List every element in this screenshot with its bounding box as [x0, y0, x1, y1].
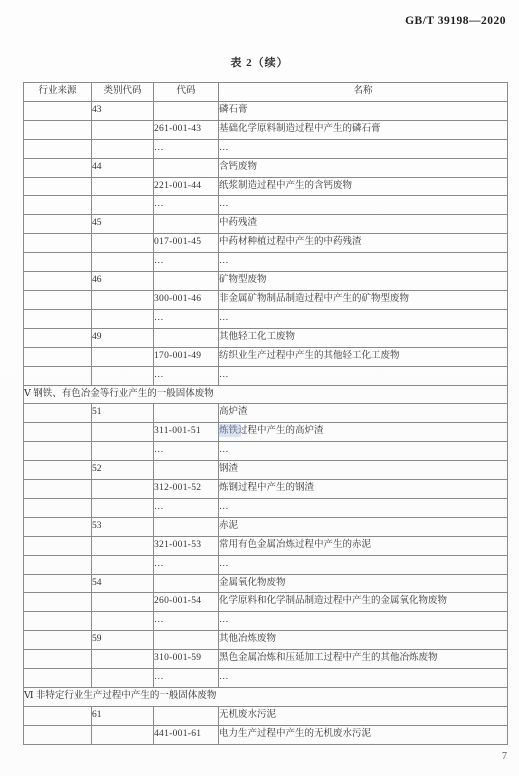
code-cell	[154, 328, 219, 347]
category-code-cell	[92, 669, 154, 688]
industry-source-cell	[24, 461, 92, 480]
code-cell: …	[154, 612, 219, 631]
name-cell: 纸浆制造过程中产生的含钙废物	[219, 177, 508, 196]
industry-source-cell	[24, 669, 92, 688]
code-cell: …	[154, 669, 219, 688]
category-code-cell: 51	[92, 404, 154, 423]
industry-source-cell	[24, 290, 92, 309]
code-cell	[154, 101, 219, 120]
table-body: 43磷石膏261-001-43基础化学原料制造过程中产生的磷石膏……44含钙废物…	[24, 101, 508, 744]
category-code-cell	[92, 498, 154, 517]
industry-source-cell	[24, 555, 92, 574]
code-cell: …	[154, 253, 219, 272]
category-code-cell: 52	[92, 461, 154, 480]
category-code-cell	[92, 442, 154, 461]
name-cell: 电力生产过程中产生的无机废水污泥	[219, 725, 508, 744]
table-row: 170-001-49纺织业生产过程中产生的其他轻工化工废物	[24, 347, 508, 366]
category-code-cell	[92, 253, 154, 272]
industry-source-cell	[24, 309, 92, 328]
category-code-cell	[92, 612, 154, 631]
code-cell: 017-001-45	[154, 234, 219, 253]
name-cell: …	[219, 309, 508, 328]
category-code-cell	[92, 347, 154, 366]
name-cell: …	[219, 366, 508, 385]
category-code-cell	[92, 177, 154, 196]
industry-source-cell	[24, 347, 92, 366]
table-row: 441-001-61电力生产过程中产生的无机废水污泥	[24, 725, 508, 744]
code-cell: …	[154, 309, 219, 328]
code-cell: 311-001-51	[154, 423, 219, 442]
table-row: 300-001-46非金属矿物制品制造过程中产生的矿物型废物	[24, 290, 508, 309]
section-row: Ⅵ 非特定行业生产过程中产生的一般固体废物	[24, 688, 508, 707]
section-row: Ⅴ 钢铁、有色冶金等行业产生的一般固体废物	[24, 385, 508, 404]
category-code-cell	[92, 366, 154, 385]
table-row: ……	[24, 253, 508, 272]
code-cell: 310-001-59	[154, 650, 219, 669]
name-cell: …	[219, 253, 508, 272]
document-page: GB/T 39198—2020 表 2（续） 行业来源 类别代码 代码 名称 4…	[0, 0, 519, 776]
table-row: 310-001-59黑色金属冶炼和压延加工过程中产生的其他冶炼废物	[24, 650, 508, 669]
table-row: 49其他轻工化工废物	[24, 328, 508, 347]
scan-artifact-smudge	[218, 424, 241, 437]
table-row: 261-001-43基础化学原料制造过程中产生的磷石膏	[24, 120, 508, 139]
industry-source-cell	[24, 253, 92, 272]
industry-source-cell	[24, 215, 92, 234]
table-row: ……	[24, 555, 508, 574]
table-row: 321-001-53常用有色金属冶炼过程中产生的赤泥	[24, 536, 508, 555]
industry-source-cell	[24, 650, 92, 669]
name-cell: …	[219, 498, 508, 517]
table-row: 260-001-54化学原料和化学制品制造过程中产生的金属氧化物废物	[24, 593, 508, 612]
name-cell: 黑色金属冶炼和压延加工过程中产生的其他冶炼废物	[219, 650, 508, 669]
category-code-cell	[92, 650, 154, 669]
name-cell: …	[219, 139, 508, 158]
name-cell: 无机废水污泥	[219, 706, 508, 725]
table-row: ……	[24, 612, 508, 631]
category-code-cell: 61	[92, 706, 154, 725]
name-cell: 高炉渣	[219, 404, 508, 423]
industry-source-cell	[24, 517, 92, 536]
name-cell: 矿物型废物	[219, 272, 508, 291]
industry-source-cell	[24, 101, 92, 120]
table-row: 221-001-44纸浆制造过程中产生的含钙废物	[24, 177, 508, 196]
category-code-cell: 44	[92, 158, 154, 177]
name-cell: 炼钢过程中产生的钢渣	[219, 480, 508, 499]
table-row: 51高炉渣	[24, 404, 508, 423]
name-cell: 含钙废物	[219, 158, 508, 177]
industry-source-cell	[24, 196, 92, 215]
code-cell: 261-001-43	[154, 120, 219, 139]
header-code: 代码	[154, 83, 219, 102]
name-cell: 赤泥	[219, 517, 508, 536]
name-cell: 中药材种植过程中产生的中药残渣	[219, 234, 508, 253]
table-row: 59其他冶炼废物	[24, 631, 508, 650]
table-row: ……	[24, 366, 508, 385]
name-cell: 常用有色金属冶炼过程中产生的赤泥	[219, 536, 508, 555]
category-code-cell	[92, 725, 154, 744]
name-cell: 基础化学原料制造过程中产生的磷石膏	[219, 120, 508, 139]
industry-source-cell	[24, 177, 92, 196]
category-code-cell	[92, 196, 154, 215]
name-cell: …	[219, 669, 508, 688]
code-cell	[154, 631, 219, 650]
code-cell: …	[154, 139, 219, 158]
name-cell: 炼铁过程中产生的高炉渣	[219, 423, 508, 442]
header-name: 名称	[219, 83, 508, 102]
section-label: Ⅵ 非特定行业生产过程中产生的一般固体废物	[24, 688, 508, 707]
category-code-cell: 59	[92, 631, 154, 650]
category-code-cell: 46	[92, 272, 154, 291]
category-code-cell	[92, 536, 154, 555]
industry-source-cell	[24, 158, 92, 177]
name-cell: 钢渣	[219, 461, 508, 480]
category-code-cell: 49	[92, 328, 154, 347]
code-cell: 312-001-52	[154, 480, 219, 499]
waste-code-table: 行业来源 类别代码 代码 名称 43磷石膏261-001-43基础化学原料制造过…	[23, 82, 508, 745]
table-row: ……	[24, 196, 508, 215]
table-header: 行业来源 类别代码 代码 名称	[24, 83, 508, 102]
code-cell: 221-001-44	[154, 177, 219, 196]
category-code-cell	[92, 423, 154, 442]
code-cell	[154, 706, 219, 725]
industry-source-cell	[24, 272, 92, 291]
industry-source-cell	[24, 706, 92, 725]
code-cell: …	[154, 555, 219, 574]
industry-source-cell	[24, 442, 92, 461]
header-row: 行业来源 类别代码 代码 名称	[24, 83, 508, 102]
category-code-cell: 43	[92, 101, 154, 120]
industry-source-cell	[24, 328, 92, 347]
industry-source-cell	[24, 120, 92, 139]
industry-source-cell	[24, 536, 92, 555]
industry-source-cell	[24, 404, 92, 423]
industry-source-cell	[24, 498, 92, 517]
category-code-cell	[92, 290, 154, 309]
code-cell: 321-001-53	[154, 536, 219, 555]
header-category-code: 类别代码	[92, 83, 154, 102]
code-cell	[154, 574, 219, 593]
table-row: ……	[24, 669, 508, 688]
category-code-cell: 54	[92, 574, 154, 593]
code-cell: …	[154, 498, 219, 517]
name-cell: 纺织业生产过程中产生的其他轻工化工废物	[219, 347, 508, 366]
category-code-cell	[92, 480, 154, 499]
industry-source-cell	[24, 423, 92, 442]
table-row: 54金属氧化物废物	[24, 574, 508, 593]
name-cell: …	[219, 442, 508, 461]
industry-source-cell	[24, 593, 92, 612]
category-code-cell: 53	[92, 517, 154, 536]
code-cell: …	[154, 366, 219, 385]
name-cell: 其他轻工化工废物	[219, 328, 508, 347]
name-cell: 其他冶炼废物	[219, 631, 508, 650]
code-cell: 170-001-49	[154, 347, 219, 366]
table-row: ……	[24, 442, 508, 461]
table-row: 45中药残渣	[24, 215, 508, 234]
code-cell	[154, 461, 219, 480]
table-row: ……	[24, 139, 508, 158]
industry-source-cell	[24, 139, 92, 158]
name-cell: 化学原料和化学制品制造过程中产生的金属氧化物废物	[219, 593, 508, 612]
table-row: ……	[24, 498, 508, 517]
category-code-cell	[92, 234, 154, 253]
table-row: 61无机废水污泥	[24, 706, 508, 725]
table-title: 表 2（续）	[0, 54, 519, 70]
category-code-cell	[92, 309, 154, 328]
code-cell: 260-001-54	[154, 593, 219, 612]
name-cell: 非金属矿物制品制造过程中产生的矿物型废物	[219, 290, 508, 309]
code-cell: 300-001-46	[154, 290, 219, 309]
code-cell	[154, 517, 219, 536]
industry-source-cell	[24, 366, 92, 385]
table-row: 017-001-45中药材种植过程中产生的中药残渣	[24, 234, 508, 253]
code-cell: 441-001-61	[154, 725, 219, 744]
name-cell: 金属氧化物废物	[219, 574, 508, 593]
category-code-cell	[92, 139, 154, 158]
industry-source-cell	[24, 725, 92, 744]
industry-source-cell	[24, 234, 92, 253]
industry-source-cell	[24, 631, 92, 650]
name-cell: …	[219, 612, 508, 631]
category-code-cell	[92, 555, 154, 574]
table-row: 46矿物型废物	[24, 272, 508, 291]
table-row: 53赤泥	[24, 517, 508, 536]
name-cell: 中药残渣	[219, 215, 508, 234]
header-industry-source: 行业来源	[24, 83, 92, 102]
code-cell: …	[154, 196, 219, 215]
industry-source-cell	[24, 480, 92, 499]
table-row: ……	[24, 309, 508, 328]
name-cell: 磷石膏	[219, 101, 508, 120]
code-cell	[154, 404, 219, 423]
standard-number: GB/T 39198—2020	[405, 15, 506, 27]
category-code-cell	[92, 593, 154, 612]
industry-source-cell	[24, 612, 92, 631]
name-cell: …	[219, 196, 508, 215]
industry-source-cell	[24, 574, 92, 593]
category-code-cell	[92, 120, 154, 139]
table-row: 312-001-52炼钢过程中产生的钢渣	[24, 480, 508, 499]
code-cell	[154, 272, 219, 291]
table-row: 311-001-51炼铁过程中产生的高炉渣	[24, 423, 508, 442]
code-cell	[154, 158, 219, 177]
table-row: 43磷石膏	[24, 101, 508, 120]
code-cell: …	[154, 442, 219, 461]
name-cell: …	[219, 555, 508, 574]
table-row: 44含钙废物	[24, 158, 508, 177]
category-code-cell: 45	[92, 215, 154, 234]
table-row: 52钢渣	[24, 461, 508, 480]
section-label: Ⅴ 钢铁、有色冶金等行业产生的一般固体废物	[24, 385, 508, 404]
page-number: 7	[502, 751, 507, 762]
code-cell	[154, 215, 219, 234]
